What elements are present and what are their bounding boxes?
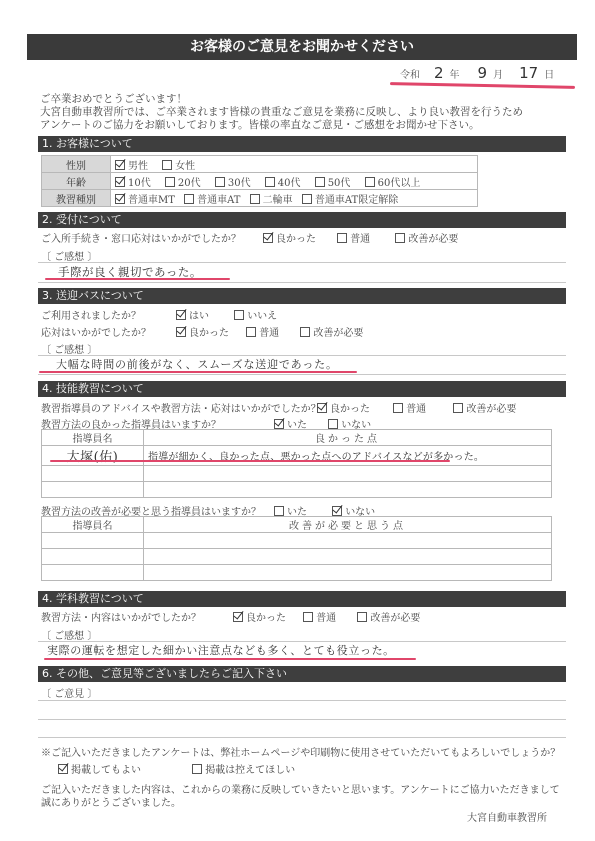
- red-underline: [45, 278, 230, 280]
- instructor-name-header: 指導員名: [42, 517, 144, 533]
- option-label: 良かった: [330, 404, 370, 415]
- bus-comment-label: 〔 ご感想 〕: [41, 341, 97, 356]
- classroom-options: 良かった 普通 改善が必要: [233, 609, 431, 624]
- checkbox-checked-icon[interactable]: [58, 764, 68, 774]
- checkbox-checked-icon[interactable]: [332, 506, 342, 516]
- course-type-options: 普通車MT 普通車AT 二輪車 普通車AT限定解除: [111, 190, 478, 207]
- intro-line-2: 大宮自動車教習所では、ご卒業されます皆様の貴重なご意見を業務に反映し、より良い教…: [40, 106, 580, 119]
- classroom-comment[interactable]: 実際の運転を想定した細かい注意点なども多く、とても役立った。: [47, 642, 395, 658]
- option-label: 二輪車: [263, 195, 293, 206]
- option-label: 60代以上: [378, 178, 421, 189]
- option-label: 改善が必要: [408, 234, 458, 245]
- date-day-unit: 日: [544, 66, 554, 81]
- table-header-row: 指導員名 良かった点: [42, 430, 552, 446]
- section-4-header: 4. 技能教習について: [38, 381, 566, 397]
- checkbox-checked-icon[interactable]: [115, 160, 125, 170]
- table-header-row: 指導員名 改善が必要と思う点: [42, 517, 552, 533]
- improve-points-header: 改善が必要と思う点: [144, 517, 552, 533]
- checkbox-checked-icon[interactable]: [263, 233, 273, 243]
- bus-usage-question: ご利用されましたか？: [41, 307, 141, 322]
- gender-row: 性別 男性 女性: [42, 156, 478, 173]
- option-label: 掲載してもよい: [71, 765, 141, 776]
- option-label: 普通: [406, 404, 426, 415]
- consent-decline-option[interactable]: 掲載は控えてほしい: [192, 761, 295, 776]
- option-label: 10代: [128, 178, 151, 189]
- instructor-name-cell[interactable]: 大塚(佑): [42, 446, 144, 466]
- option-label: 改善が必要: [313, 328, 363, 339]
- table-row: 大塚(佑) 指導が細かく、良かった点、悪かった点へのアドバイスなどが多かった。: [42, 446, 552, 466]
- reception-needs-improvement-option[interactable]: 改善が必要: [395, 230, 458, 245]
- checkbox-icon[interactable]: [393, 403, 403, 413]
- option-label: 良かった: [276, 234, 316, 245]
- age-options: 10代 20代 30代 40代 50代 60代以上: [111, 173, 478, 190]
- advice-good-option[interactable]: 良かった: [317, 400, 370, 415]
- good-points-header: 良かった点: [144, 430, 552, 446]
- improve-points-cell[interactable]: [144, 533, 552, 549]
- course-type-label: 教習種別: [42, 190, 111, 207]
- intro-line-1: ご卒業おめでとうございます！: [40, 93, 580, 106]
- reception-question: ご入所手続き・窓口応対はいかがでしたか？: [41, 230, 241, 245]
- comment-line[interactable]: [38, 737, 566, 738]
- checkbox-icon[interactable]: [184, 194, 194, 204]
- option-label: 男性: [128, 161, 148, 172]
- classroom-comment-label: 〔 ご感想 〕: [41, 627, 97, 642]
- reception-average-option[interactable]: 普通: [337, 230, 370, 245]
- section-2-header: 2. 受付について: [38, 212, 566, 228]
- checkbox-icon[interactable]: [192, 764, 202, 774]
- checkbox-checked-icon[interactable]: [176, 327, 186, 337]
- gender-options: 男性 女性: [111, 156, 478, 173]
- option-label: 普通: [350, 234, 370, 245]
- table-row: [42, 533, 552, 549]
- instructor-name-header: 指導員名: [42, 430, 144, 446]
- option-label: 普通: [259, 328, 279, 339]
- bus-service-options: 良かった 普通 改善が必要: [176, 324, 374, 339]
- age-20s-option[interactable]: 20代: [165, 174, 201, 189]
- option-label: 50代: [328, 178, 351, 189]
- comment-line[interactable]: [38, 719, 566, 720]
- date-year[interactable]: 2: [434, 64, 444, 82]
- option-label: 普通車MT: [128, 195, 175, 206]
- date-year-unit: 年: [450, 66, 460, 81]
- checkbox-checked-icon[interactable]: [176, 310, 186, 320]
- red-underline: [50, 460, 450, 462]
- table-row: [42, 565, 552, 581]
- instructor-name-cell[interactable]: [42, 533, 144, 549]
- table-row: [42, 549, 552, 565]
- classroom-average-option[interactable]: 普通: [303, 609, 336, 624]
- course-motorcycle-option[interactable]: 二輪車: [250, 191, 293, 206]
- other-comment-label: 〔 ご意見 〕: [41, 685, 97, 700]
- section-1-header: 1. お客様について: [38, 136, 566, 152]
- bus-service-good-option[interactable]: 良かった: [176, 324, 229, 339]
- option-label: 普通: [316, 613, 336, 624]
- instructor-advice-options: 良かった 普通 改善が必要: [317, 400, 527, 415]
- course-at-option[interactable]: 普通車AT: [184, 191, 240, 206]
- good-instructor-table: 指導員名 良かった点 大塚(佑) 指導が細かく、良かった点、悪かった点へのアドバ…: [41, 429, 552, 498]
- consent-options: 掲載してもよい 掲載は控えてほしい: [58, 761, 306, 776]
- checkbox-checked-icon[interactable]: [115, 177, 125, 187]
- option-label: 普通車AT: [197, 195, 240, 206]
- reception-options: 良かった 普通 改善が必要: [263, 230, 469, 245]
- course-at-limit-removal-option[interactable]: 普通車AT限定解除: [302, 191, 398, 206]
- option-label: 普通車AT限定解除: [315, 195, 398, 206]
- customer-info-table: 性別 男性 女性 年齢 10代 20代 30代 40代 50代 60代以上 教習…: [41, 155, 478, 207]
- age-40s-option[interactable]: 40代: [265, 174, 301, 189]
- table-row: [42, 466, 552, 482]
- good-points-cell[interactable]: [144, 482, 552, 498]
- date-day[interactable]: 17: [519, 64, 538, 82]
- date-era: 令和: [400, 66, 420, 81]
- section-6-header: 6. その他、ご意見等ございましたらご記入下さい: [38, 666, 566, 682]
- intro-line-3: アンケートのご協力をお願いしております。皆様の率直なご意見・ご感想をお聞かせ下さ…: [40, 119, 580, 132]
- checkbox-icon[interactable]: [303, 612, 313, 622]
- section-3-header: 3. 送迎バスについて: [38, 288, 566, 304]
- option-label: いいえ: [247, 311, 277, 322]
- checkbox-checked-icon[interactable]: [317, 403, 327, 413]
- checkbox-icon[interactable]: [274, 506, 284, 516]
- good-points-cell[interactable]: [144, 466, 552, 482]
- instructor-name-cell[interactable]: [42, 482, 144, 498]
- gender-male-option[interactable]: 男性: [115, 157, 148, 172]
- comment-line: [38, 374, 566, 375]
- checkbox-icon[interactable]: [234, 310, 244, 320]
- checkbox-icon[interactable]: [215, 177, 225, 187]
- date-month[interactable]: 9: [478, 64, 488, 82]
- instructor-name-cell[interactable]: [42, 549, 144, 565]
- red-underline: [39, 371, 357, 373]
- checkbox-icon[interactable]: [246, 327, 256, 337]
- form-title: お客様のご意見をお聞かせください: [27, 34, 577, 60]
- school-signature: 大宮自動車教習所: [467, 812, 547, 825]
- intro-text: ご卒業おめでとうございます！ 大宮自動車教習所では、ご卒業されます皆様の貴重なご…: [40, 93, 580, 132]
- section-5-header: 4. 学科教習について: [38, 591, 566, 607]
- checkbox-icon[interactable]: [328, 419, 338, 429]
- classroom-needs-improvement-option[interactable]: 改善が必要: [357, 609, 420, 624]
- option-label: 掲載は控えてほしい: [205, 765, 295, 776]
- checkbox-icon[interactable]: [357, 612, 367, 622]
- bus-service-needs-improvement-option[interactable]: 改善が必要: [300, 324, 363, 339]
- bus-usage-no-option[interactable]: いいえ: [234, 307, 277, 322]
- red-underline: [44, 658, 416, 660]
- date-month-unit: 月: [493, 66, 503, 81]
- bus-service-question: 応対はいかがでしたか？: [41, 324, 151, 339]
- comment-line[interactable]: [38, 700, 566, 701]
- instructor-advice-question: 教習指導員のアドバイスや教習方法・応対はいかがでしたか？: [41, 400, 321, 415]
- age-60s-plus-option[interactable]: 60代以上: [365, 174, 421, 189]
- consent-allow-option[interactable]: 掲載してもよい: [58, 761, 141, 776]
- reception-good-option[interactable]: 良かった: [263, 230, 316, 245]
- checkbox-icon[interactable]: [162, 160, 172, 170]
- checkbox-checked-icon[interactable]: [274, 419, 284, 429]
- improve-points-cell[interactable]: [144, 549, 552, 565]
- option-label: はい: [189, 311, 209, 322]
- reception-comment-label: 〔 ご感想 〕: [41, 248, 97, 263]
- option-label: 改善が必要: [466, 404, 516, 415]
- advice-average-option[interactable]: 普通: [393, 400, 426, 415]
- thanks-line-2: 誠にありがとうございました。: [41, 797, 181, 810]
- option-label: 良かった: [246, 613, 286, 624]
- option-label: 20代: [178, 178, 201, 189]
- course-mt-option[interactable]: 普通車MT: [115, 191, 175, 206]
- checkbox-checked-icon[interactable]: [115, 194, 125, 204]
- checkbox-checked-icon[interactable]: [233, 612, 243, 622]
- instructor-name-cell[interactable]: [42, 565, 144, 581]
- classroom-question: 教習方法・内容はいかがでしたか？: [41, 609, 201, 624]
- checkbox-icon[interactable]: [265, 177, 275, 187]
- option-label: 40代: [278, 178, 301, 189]
- age-10s-option[interactable]: 10代: [115, 174, 151, 189]
- course-type-row: 教習種別 普通車MT 普通車AT 二輪車 普通車AT限定解除: [42, 190, 478, 207]
- checkbox-icon[interactable]: [302, 194, 312, 204]
- table-row: [42, 482, 552, 498]
- bus-comment[interactable]: 大幅な時間の前後がなく、スムーズな送迎であった。: [56, 356, 338, 372]
- checkbox-icon[interactable]: [300, 327, 310, 337]
- checkbox-icon[interactable]: [337, 233, 347, 243]
- gender-female-option[interactable]: 女性: [162, 157, 195, 172]
- checkbox-icon[interactable]: [165, 177, 175, 187]
- gender-label: 性別: [42, 156, 111, 173]
- improve-points-cell[interactable]: [144, 565, 552, 581]
- age-50s-option[interactable]: 50代: [315, 174, 351, 189]
- option-label: 良かった: [189, 328, 229, 339]
- consent-question: ※ご記入いただきましたアンケートは、弊社ホームページや印刷物に使用させていただい…: [41, 747, 560, 760]
- age-row: 年齢 10代 20代 30代 40代 50代 60代以上: [42, 173, 478, 190]
- bus-service-average-option[interactable]: 普通: [246, 324, 279, 339]
- bus-usage-yes-option[interactable]: はい: [176, 307, 209, 322]
- option-label: 女性: [175, 161, 195, 172]
- bus-usage-options: はい いいえ: [176, 307, 288, 322]
- comment-line: [38, 282, 566, 283]
- thanks-line-1: ご記入いただきました内容は、これからの業務に反映していきたいと思います。アンケー…: [41, 784, 560, 797]
- checkbox-icon[interactable]: [453, 403, 463, 413]
- age-30s-option[interactable]: 30代: [215, 174, 251, 189]
- option-label: 30代: [228, 178, 251, 189]
- classroom-good-option[interactable]: 良かった: [233, 609, 286, 624]
- good-points-cell[interactable]: 指導が細かく、良かった点、悪かった点へのアドバイスなどが多かった。: [144, 446, 552, 466]
- checkbox-icon[interactable]: [395, 233, 405, 243]
- improve-instructor-table: 指導員名 改善が必要と思う点: [41, 516, 552, 581]
- option-label: 改善が必要: [370, 613, 420, 624]
- checkbox-icon[interactable]: [250, 194, 260, 204]
- age-label: 年齢: [42, 173, 111, 190]
- advice-needs-improvement-option[interactable]: 改善が必要: [453, 400, 516, 415]
- instructor-name-cell[interactable]: [42, 466, 144, 482]
- checkbox-icon[interactable]: [315, 177, 325, 187]
- comment-line: [38, 262, 566, 263]
- checkbox-icon[interactable]: [365, 177, 375, 187]
